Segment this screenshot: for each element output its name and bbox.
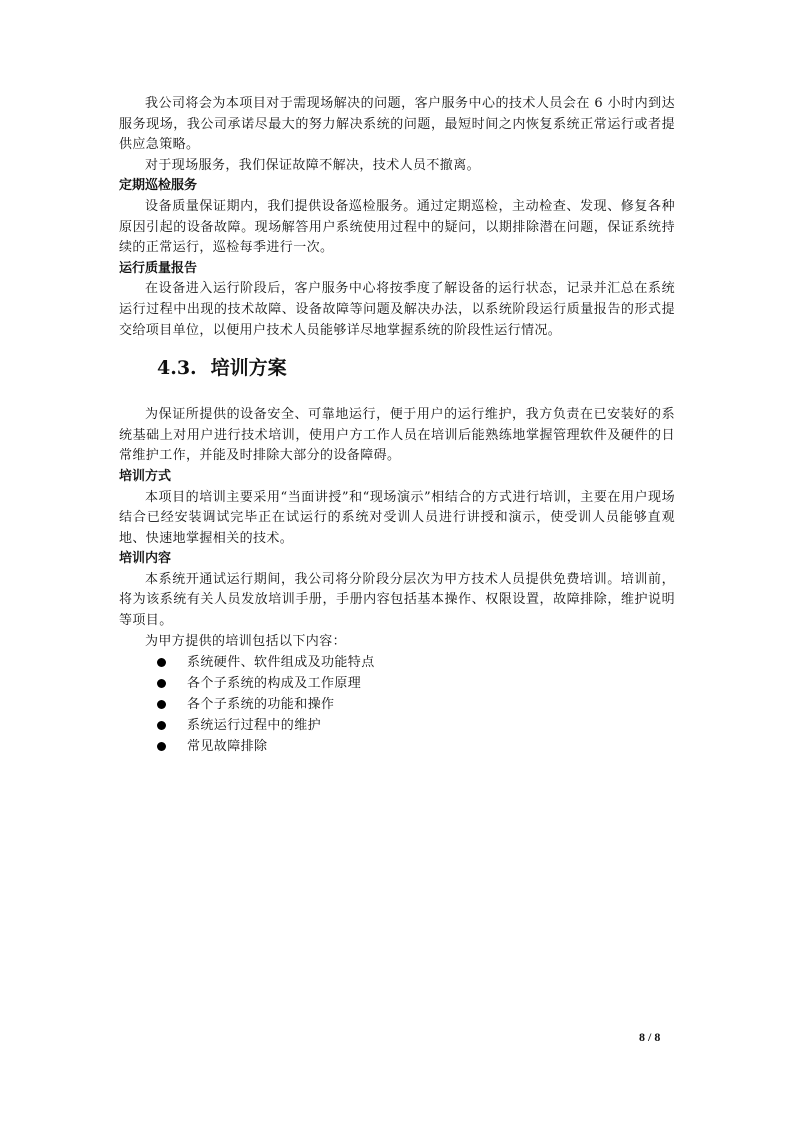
bullet-icon	[157, 742, 166, 751]
paragraph-quality-report: 在设备进入运行阶段后，客户服务中心将按季度了解设备的运行状态，记录并汇总在系统运…	[119, 279, 675, 341]
heading-quality-report: 运行质量报告	[119, 259, 675, 280]
document-page: 我公司将会为本项目对于需现场解决的问题，客户服务中心的技术人员会在 6 小时内到…	[119, 94, 675, 757]
chapter-number: 4.3.	[157, 357, 197, 379]
paragraph-training-list-intro: 为甲方提供的培训包括以下内容：	[119, 632, 675, 653]
bullet-icon	[157, 679, 166, 688]
paragraph-training-intro: 为保证所提供的设备安全、可靠地运行，便于用户的运行维护，我方负责在已安装好的系统…	[119, 405, 675, 467]
list-item: 常见故障排除	[119, 736, 675, 757]
paragraph-response-commitment: 我公司将会为本项目对于需现场解决的问题，客户服务中心的技术人员会在 6 小时内到…	[119, 94, 675, 156]
chapter-title: 培训方案	[211, 357, 287, 379]
training-items-list: 系统硬件、软件组成及功能特点 各个子系统的构成及工作原理 各个子系统的功能和操作…	[119, 652, 675, 757]
paragraph-inspection: 设备质量保证期内，我们提供设备巡检服务。通过定期巡检，主动检查、发现、修复各种原…	[119, 197, 675, 259]
list-item: 系统硬件、软件组成及功能特点	[119, 652, 675, 673]
list-item: 各个子系统的功能和操作	[119, 694, 675, 715]
page-number: 8 / 8	[639, 1030, 660, 1045]
heading-training-method: 培训方式	[119, 467, 675, 488]
bullet-icon	[157, 700, 166, 709]
bullet-icon	[157, 658, 166, 667]
heading-training-content: 培训内容	[119, 549, 675, 570]
paragraph-training-method: 本项目的培训主要采用“当面讲授”和“现场演示”相结合的方式进行培训，主要在用户现…	[119, 488, 675, 550]
heading-inspection: 定期巡检服务	[119, 176, 675, 197]
paragraph-onsite-guarantee: 对于现场服务，我们保证故障不解决，技术人员不撤离。	[119, 156, 675, 177]
list-item: 各个子系统的构成及工作原理	[119, 673, 675, 694]
chapter-heading: 4.3.培训方案	[157, 353, 675, 383]
paragraph-training-content: 本系统开通试运行期间，我公司将分阶段分层次为甲方技术人员提供免费培训。培训前，将…	[119, 570, 675, 632]
list-item: 系统运行过程中的维护	[119, 715, 675, 736]
bullet-icon	[157, 721, 166, 730]
